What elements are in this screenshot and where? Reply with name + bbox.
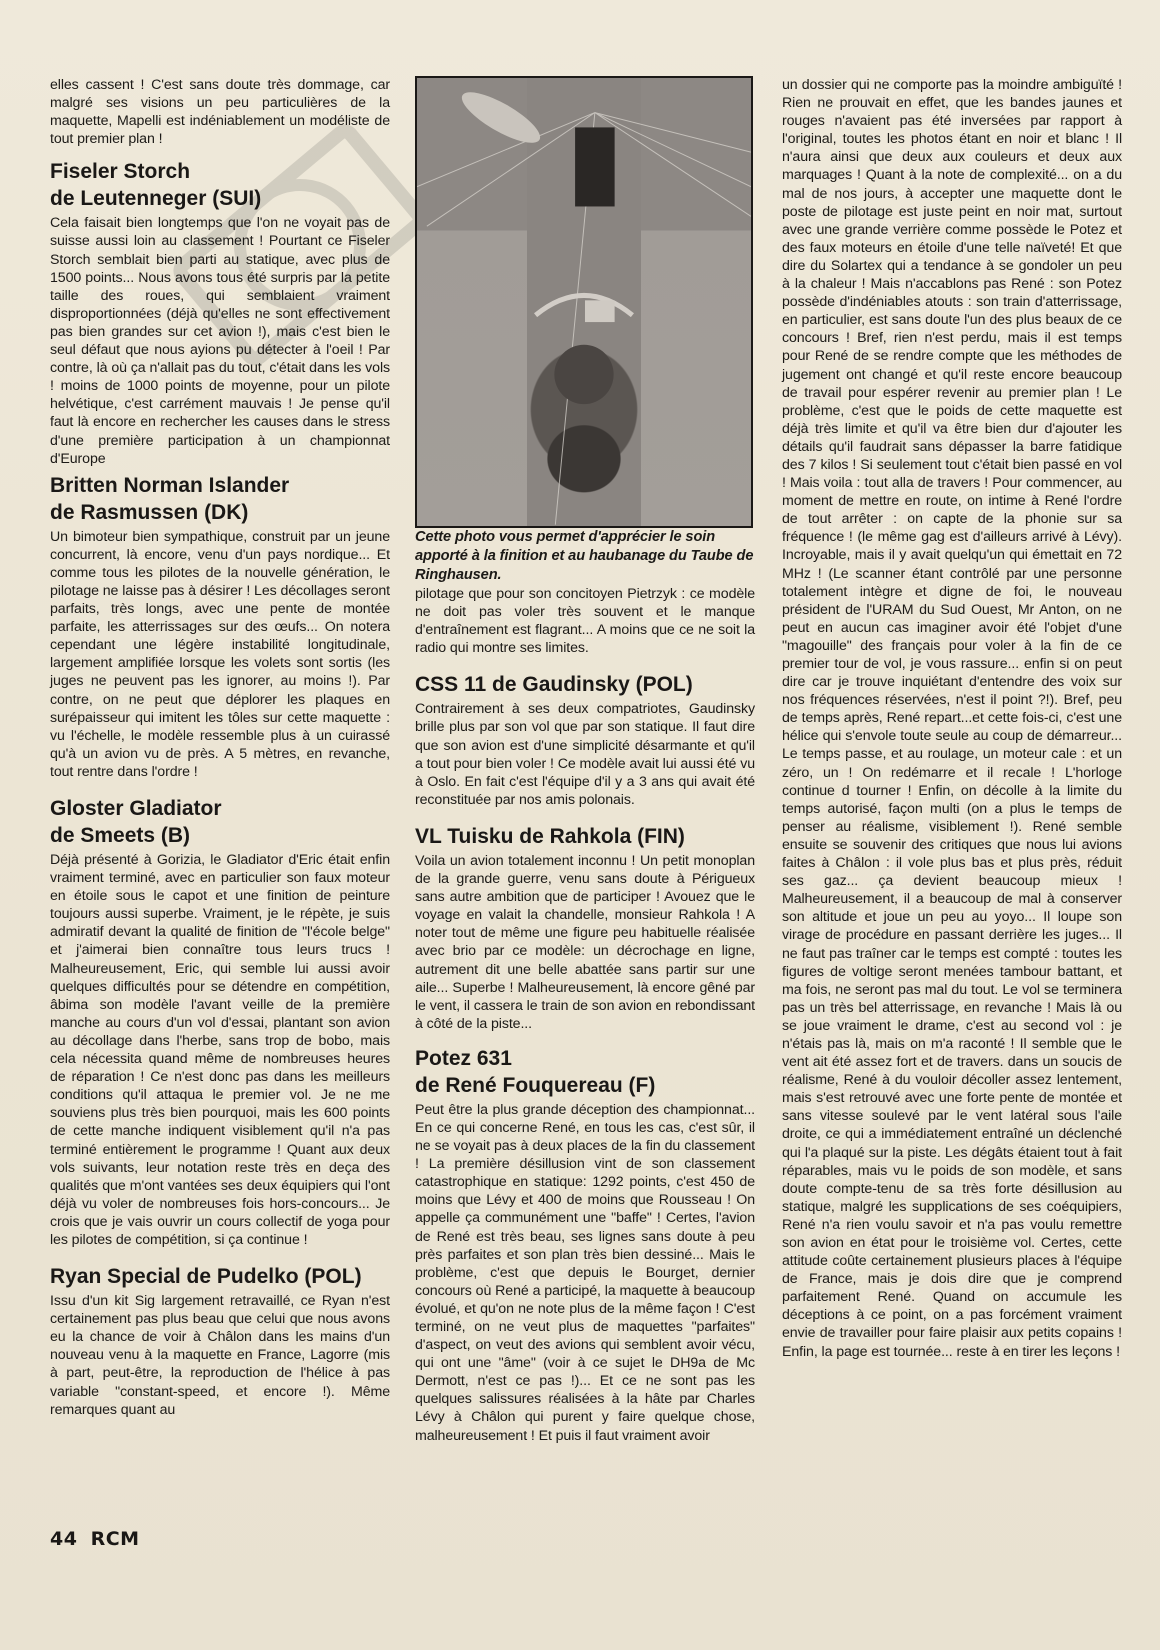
page-footer: 44 RCM (50, 1528, 140, 1550)
section-heading-britten-norman: Britten Norman Islander de Rasmussen (DK… (50, 472, 390, 526)
section-body-fiseler-storch: Cela faisait bien longtemps que l'on ne … (50, 214, 390, 467)
section-body-css11: Contrairement à ses deux compatriotes, G… (415, 700, 755, 809)
rigging-wires-icon (417, 78, 751, 525)
section-heading-css11: CSS 11 de Gaudinsky (POL) (415, 671, 755, 698)
page-number: 44 (50, 1528, 77, 1550)
column-3: un dossier qui ne comporte pas la moindr… (782, 76, 1122, 1361)
section-body-gloster-gladiator: Déjà présenté à Gorizia, le Gladiator d'… (50, 851, 390, 1249)
section-body-britten-norman: Un bimoteur bien sympathique, construit … (50, 528, 390, 781)
continuation-paragraph: pilotage que pour son concitoyen Pietrzy… (415, 585, 755, 657)
intro-paragraph: elles cassent ! C'est sans doute très do… (50, 76, 390, 148)
column-1: elles cassent ! C'est sans doute très do… (50, 76, 390, 1419)
section-heading-fiseler-storch: Fiseler Storch de Leutenneger (SUI) (50, 158, 390, 212)
section-body-vl-tuisku: Voila un avion totalement inconnu ! Un p… (415, 852, 755, 1033)
taube-cockpit-photo (415, 76, 753, 528)
section-heading-vl-tuisku: VL Tuisku de Rahkola (FIN) (415, 823, 755, 850)
photo-caption: Cette photo vous permet d'apprécier le s… (415, 528, 755, 585)
section-heading-potez-631: Potez 631 de René Fouquereau (F) (415, 1045, 755, 1099)
section-heading-gloster-gladiator: Gloster Gladiator de Smeets (B) (50, 795, 390, 849)
column-2: Cette photo vous permet d'apprécier le s… (415, 76, 755, 1445)
magazine-page: elles cassent ! C'est sans doute très do… (0, 0, 1160, 1650)
magazine-logo: RCM (91, 1528, 140, 1550)
potez-continuation-paragraph: un dossier qui ne comporte pas la moindr… (782, 76, 1122, 1361)
section-body-potez-631: Peut être la plus grande déception des c… (415, 1101, 755, 1445)
section-body-ryan-special: Issu d'un kit Sig largement retravaillé,… (50, 1292, 390, 1419)
section-heading-ryan-special: Ryan Special de Pudelko (POL) (50, 1263, 390, 1290)
